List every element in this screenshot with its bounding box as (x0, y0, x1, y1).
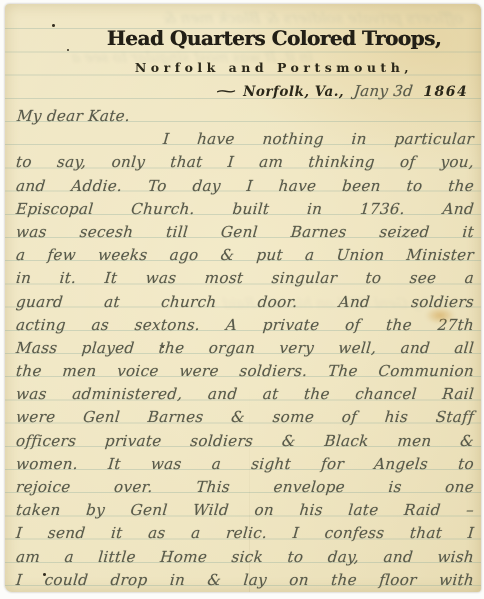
salutation: My dear Kate. (12, 105, 478, 128)
letter-line: acting as sextons. A private of the 27th (12, 314, 478, 337)
ink-speck (43, 573, 46, 576)
letter-line: officers private soldiers & Black men & (12, 430, 478, 453)
letter-line: am a little Home sick to day, and wish (12, 546, 478, 569)
letter-line: to say, only that I am thinking of you, (12, 151, 478, 174)
ink-bleedthrough: officers private soldiers & Black men & (32, 9, 464, 27)
letter-line: I send it as a relic. I confess that I (12, 522, 478, 545)
paper-stain (425, 307, 455, 324)
letterhead-subtitle: Norfolk and Portsmouth, (5, 60, 481, 75)
letterhead-place: Norfolk, Va., (243, 84, 344, 100)
letter-line: I have nothing in particular (12, 128, 478, 151)
letter-line: was administered, and at the chancel Rai… (12, 383, 478, 406)
letter-line: Mass played the organ very well, and all (12, 337, 478, 360)
handwritten-date: Jany 3d (353, 82, 414, 100)
ink-speck (52, 24, 55, 27)
letter-line: in it. It was most singular to see a (12, 267, 478, 290)
letter-line: was secesh till Genl Barnes seized it (12, 221, 478, 244)
letter-line: a few weeks ago & put a Union Minister (12, 244, 478, 267)
letter-body: My dear Kate. I have nothing in particul… (12, 105, 476, 592)
letterhead-dateline: ~ Norfolk, Va., Jany 3d 1864 (5, 82, 481, 100)
letterhead-year: 1864 (423, 84, 468, 100)
letter-line: the men voice were soldiers. The Communi… (12, 360, 478, 383)
letter-line: were Genl Barnes & some of his Staff (12, 406, 478, 429)
letter-line: rejoice over. This envelope is one (12, 476, 478, 499)
letter-line: women. It was a sight for Angels to (12, 453, 478, 476)
ornament-flourish: ~ (214, 84, 238, 98)
letterhead: Head Quarters Colored Troops, Norfolk an… (5, 26, 481, 100)
letter-line: taken by Genl Wild on his late Raid – (12, 499, 478, 522)
letterhead-title: Head Quarters Colored Troops, (5, 26, 481, 50)
letter-line: guard at church door. And soldiers (12, 291, 478, 314)
letter-paper: officers private soldiers & Black men & … (5, 4, 481, 592)
letter-line: and Addie. To day I have been to the (12, 175, 478, 198)
paper-fold-crease (249, 384, 250, 592)
letter-line: Episcopal Church. built in 1736. And (12, 198, 478, 221)
ink-speck (162, 346, 164, 348)
ink-speck (67, 49, 69, 51)
scanned-letter: officers private soldiers & Black men & … (0, 0, 484, 599)
letter-line: I could drop in & lay on the floor with (12, 569, 478, 592)
